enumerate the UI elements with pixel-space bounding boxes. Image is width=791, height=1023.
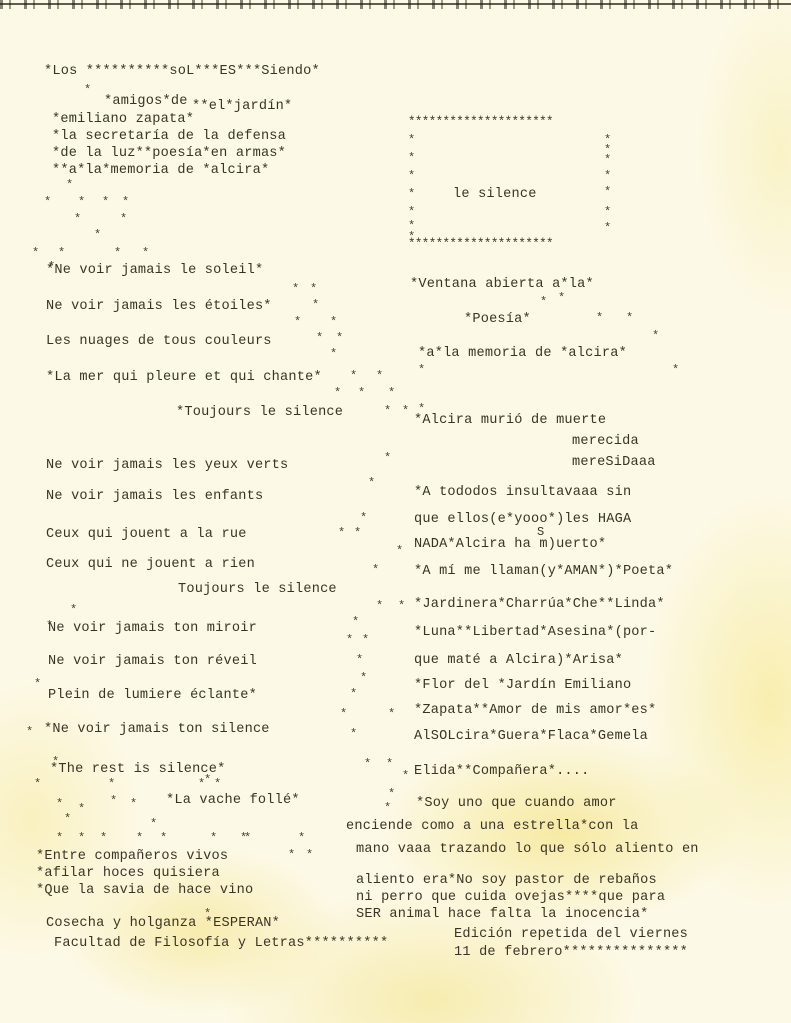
star-glyph: * — [340, 708, 347, 720]
star-glyph: * — [150, 818, 157, 830]
star-glyph: * — [360, 672, 367, 684]
star-glyph: * — [56, 832, 63, 844]
star-glyph: * — [64, 813, 71, 825]
star-glyph: * — [384, 802, 391, 814]
star-glyph: * — [330, 316, 337, 328]
poem-line: Edición repetida del viernes — [454, 927, 688, 943]
poem-line: SER animal hace falta la inocencia* — [356, 907, 649, 923]
star-glyph: * — [120, 213, 127, 225]
star-glyph: * — [352, 616, 359, 628]
star-glyph: * — [46, 620, 53, 632]
star-glyph: * — [70, 604, 77, 616]
box-border-star: * — [604, 186, 611, 198]
box-border-star: * — [604, 222, 611, 234]
star-glyph: * — [58, 247, 65, 259]
poem-line: *afilar hoces quisiera — [36, 866, 220, 882]
poem-line: *Ne voir jamais le soleil* — [46, 263, 263, 279]
star-glyph: * — [384, 405, 391, 417]
star-glyph: * — [244, 832, 251, 844]
star-glyph: * — [66, 179, 73, 191]
star-glyph: * — [292, 283, 299, 295]
star-glyph: * — [210, 832, 217, 844]
star-glyph: * — [338, 527, 345, 539]
star-glyph: * — [596, 312, 603, 324]
poem-line: *Poesía* — [464, 312, 531, 328]
box-border-star: * — [604, 154, 611, 166]
poem-line: 11 de febrero*************** — [454, 945, 688, 961]
box-title: le silence — [453, 187, 537, 203]
star-glyph: * — [114, 247, 121, 259]
star-glyph: * — [540, 296, 547, 308]
star-glyph: * — [384, 452, 391, 464]
star-glyph: * — [398, 600, 405, 612]
star-glyph: * — [368, 477, 375, 489]
star-glyph: * — [34, 778, 41, 790]
star-glyph: * — [78, 803, 85, 815]
star-glyph: * — [386, 758, 393, 770]
star-glyph: * — [52, 756, 59, 768]
box-border-star: * — [408, 231, 415, 243]
star-glyph: * — [364, 758, 371, 770]
star-glyph: * — [26, 726, 33, 738]
box-border-star: * — [408, 188, 415, 200]
box-border-bottom: ********************* — [408, 238, 553, 251]
box-border-star: * — [604, 170, 611, 182]
poem-line: *La vache follé* — [166, 793, 300, 809]
star-glyph: * — [34, 678, 41, 690]
poem-line: NADA*Alcira ha m)uerto* — [414, 537, 606, 553]
star-glyph: * — [336, 332, 343, 344]
star-glyph: * — [350, 728, 357, 740]
star-glyph: * — [350, 688, 357, 700]
poem-line: Plein de lumiere éclante* — [48, 688, 257, 704]
poem-line: *La mer qui pleure et qui chante* — [46, 370, 322, 386]
poem-line: *Ventana abierta a*la* — [410, 277, 594, 293]
star-glyph: * — [48, 261, 55, 273]
star-glyph: * — [418, 364, 425, 376]
poem-line: Ne voir jamais les enfants — [46, 489, 263, 505]
star-glyph: * — [372, 564, 379, 576]
poem-line: Ne voir jamais les yeux verts — [46, 458, 288, 474]
header-line: *amigos*de — [104, 94, 188, 110]
poem-line: Ceux qui jouent a la rue — [46, 527, 247, 543]
star-glyph: * — [418, 403, 425, 415]
box-border-star: * — [408, 134, 415, 146]
star-glyph: * — [396, 545, 403, 557]
poem-line: AlSOLcira*Guera*Flaca*Gemela — [414, 729, 648, 745]
star-glyph: * — [44, 196, 51, 208]
star-glyph: * — [312, 299, 319, 311]
poem-line: que ellos(e*yooo*)les HAGA — [414, 512, 631, 528]
poem-line: *A tododos insultavaaa sin — [414, 485, 631, 501]
poem-line: *Ne voir jamais ton silence — [44, 722, 270, 738]
poem-line: *Flor del *Jardín Emiliano — [414, 678, 631, 694]
star-glyph: * — [388, 387, 395, 399]
star-glyph: * — [110, 795, 117, 807]
box-border-star: * — [408, 152, 415, 164]
star-glyph: * — [84, 84, 91, 96]
star-glyph: * — [78, 196, 85, 208]
poem-line: mereSiDaaa — [572, 455, 656, 471]
star-glyph: * — [94, 229, 101, 241]
star-glyph: * — [142, 247, 149, 259]
poem-line: *Luna**Libertad*Asesina*(por- — [414, 625, 656, 641]
star-glyph: * — [402, 405, 409, 417]
star-glyph: * — [376, 600, 383, 612]
poem-line: Elida**Compañera*.... — [414, 764, 590, 780]
star-glyph: * — [298, 832, 305, 844]
box-border-star: * — [604, 206, 611, 218]
poem-line: aliento era*No soy pastor de rebaños — [356, 873, 657, 889]
star-glyph: * — [100, 832, 107, 844]
box-border-star: * — [408, 170, 415, 182]
star-glyph: * — [356, 654, 363, 666]
header-line: **el*jardín* — [192, 99, 292, 115]
poem-line: que maté a Alcira)*Arisa* — [414, 653, 623, 669]
poem-line: Ne voir jamais les étoiles* — [46, 299, 272, 315]
star-glyph: * — [102, 196, 109, 208]
poem-line: Ne voir jamais ton miroir — [48, 621, 257, 637]
star-glyph: * — [32, 247, 39, 259]
star-glyph: * — [358, 387, 365, 399]
header-line: *emiliano zapata* — [52, 112, 194, 128]
star-glyph: * — [360, 512, 367, 524]
box-border-top: ********************* — [408, 116, 553, 129]
star-glyph: * — [354, 527, 361, 539]
star-glyph: * — [558, 292, 565, 304]
poem-line: *A mí me llaman(y*AMAN*)*Poeta* — [414, 564, 673, 580]
header-line: **a*la*memoria de *alcira* — [52, 163, 269, 179]
poem-line: Facultad de Filosofía y Letras********** — [54, 936, 388, 952]
poem-line: *a*la memoria de *alcira* — [418, 346, 627, 362]
star-glyph: * — [160, 832, 167, 844]
star-glyph: * — [652, 330, 659, 342]
star-glyph: * — [74, 213, 81, 225]
header-line: *Los **********soL***ES***Siendo* — [44, 64, 320, 80]
poem-line: *Entre compañeros vivos — [36, 849, 228, 865]
star-glyph: * — [626, 312, 633, 324]
poem-line: Toujours le silence — [178, 582, 337, 598]
poem-line: *Soy uno que cuando amor — [416, 796, 617, 812]
box-border-star: * — [408, 206, 415, 218]
poem-line: mano vaaa trazando lo que sólo aliento e… — [356, 842, 699, 858]
star-glyph: * — [310, 283, 317, 295]
star-glyph: * — [78, 832, 85, 844]
poem-line: *Jardinera*Charrúa*Che**Linda* — [414, 597, 665, 613]
star-glyph: * — [288, 849, 295, 861]
star-glyph: * — [388, 788, 395, 800]
star-glyph: * — [204, 774, 211, 786]
star-glyph: * — [330, 348, 337, 360]
star-glyph: * — [346, 634, 353, 646]
star-glyph: * — [350, 370, 357, 382]
star-glyph: * — [136, 832, 143, 844]
poem-line: enciende como a una estrella*con la — [346, 819, 639, 835]
poem-line: Ne voir jamais ton réveil — [48, 654, 257, 670]
star-glyph: * — [294, 316, 301, 328]
header-line: *la secretaría de la defensa — [52, 129, 286, 145]
star-glyph: * — [204, 908, 211, 920]
poem-line: *Toujours le silence — [176, 405, 343, 421]
star-glyph: * — [130, 798, 137, 810]
star-glyph: * — [56, 798, 63, 810]
star-glyph: * — [316, 332, 323, 344]
star-glyph: * — [388, 708, 395, 720]
poem-line: Ceux qui ne jouent a rien — [46, 557, 255, 573]
star-glyph: * — [122, 196, 129, 208]
star-glyph: * — [306, 849, 313, 861]
top-border-line — [0, 3, 791, 5]
star-glyph: * — [108, 778, 115, 790]
header-line: *de la luz**poesía*en armas* — [52, 146, 286, 162]
poem-line: *Zapata**Amor de mis amor*es* — [414, 703, 656, 719]
poem-line: Cosecha y holganza *ESPERAN* — [46, 916, 280, 932]
star-glyph: * — [672, 364, 679, 376]
star-glyph: * — [402, 770, 409, 782]
poem-line: *The rest is silence* — [50, 762, 226, 778]
poem-line: ni perro que cuida ovejas****que para — [356, 890, 665, 906]
poem-line: Les nuages de tous couleurs — [46, 334, 272, 350]
star-glyph: * — [362, 634, 369, 646]
star-glyph: * — [214, 778, 221, 790]
star-glyph: * — [334, 387, 341, 399]
poem-line: *Alcira murió de muerte — [414, 413, 606, 429]
poem-line: *Que la savia de hace vino — [36, 883, 253, 899]
poem-line: merecida — [572, 434, 639, 450]
star-glyph: * — [376, 370, 383, 382]
